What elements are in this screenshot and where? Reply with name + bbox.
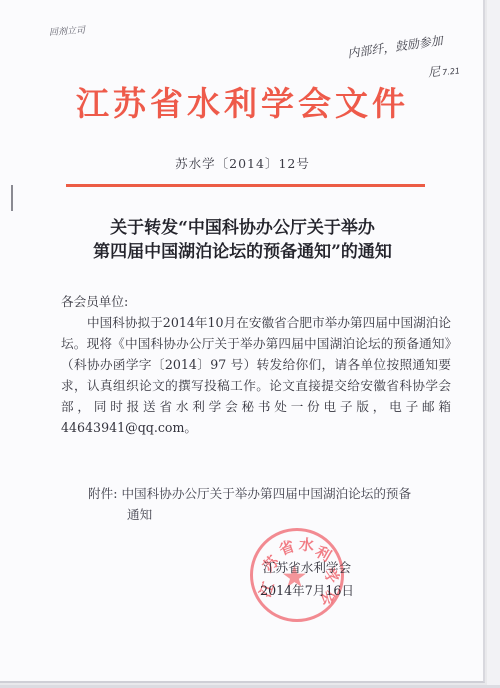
signature-block: 江苏省水利学会 2014年7月16日 [252,556,362,602]
handwritten-signature: 尼7.21 [427,60,460,80]
binding-mark [11,185,13,211]
red-divider-rule [66,184,425,187]
signature-mark: 尼 [427,64,440,79]
body-paragraph: 中国科协拟于2014年10月在安徽省合肥市举办第四届中国湖泊论坛。现将《中国科协… [61,312,451,438]
salutation: 各会员单位: [61,291,451,312]
title-line-2: 第四届中国湖泊论坛的预备通知”的通知 [0,240,485,264]
attachment-text: 中国科协办公厅关于举办第四届中国湖泊论坛的预备 [121,486,411,501]
masthead-title: 江苏省水利学会文件 [0,84,485,124]
document-title: 关于转发“中国科协办公厅关于举办 第四届中国湖泊论坛的预备通知”的通知 [0,216,485,264]
signing-date: 2014年7月16日 [252,579,362,602]
title-line-1: 关于转发“中国科协办公厅关于举办 [0,216,485,240]
attachment-note: 附件: 中国科协办公厅关于举办第四届中国湖泊论坛的预备 通知 [88,483,448,525]
handwritten-note-top-left: 回剂立司 [49,23,86,38]
document-body: 各会员单位: 中国科协拟于2014年10月在安徽省合肥市举办第四届中国湖泊论坛。… [61,291,451,438]
document-number: 苏水学〔2014〕12号 [0,154,485,172]
attachment-text-continued: 通知 [88,504,448,525]
signing-organization: 江苏省水利学会 [252,556,362,579]
signature-date: 7.21 [442,66,461,77]
page-edge-right [487,0,500,688]
attachment-label: 附件: [88,486,117,501]
seal-char: 水 [298,533,315,555]
